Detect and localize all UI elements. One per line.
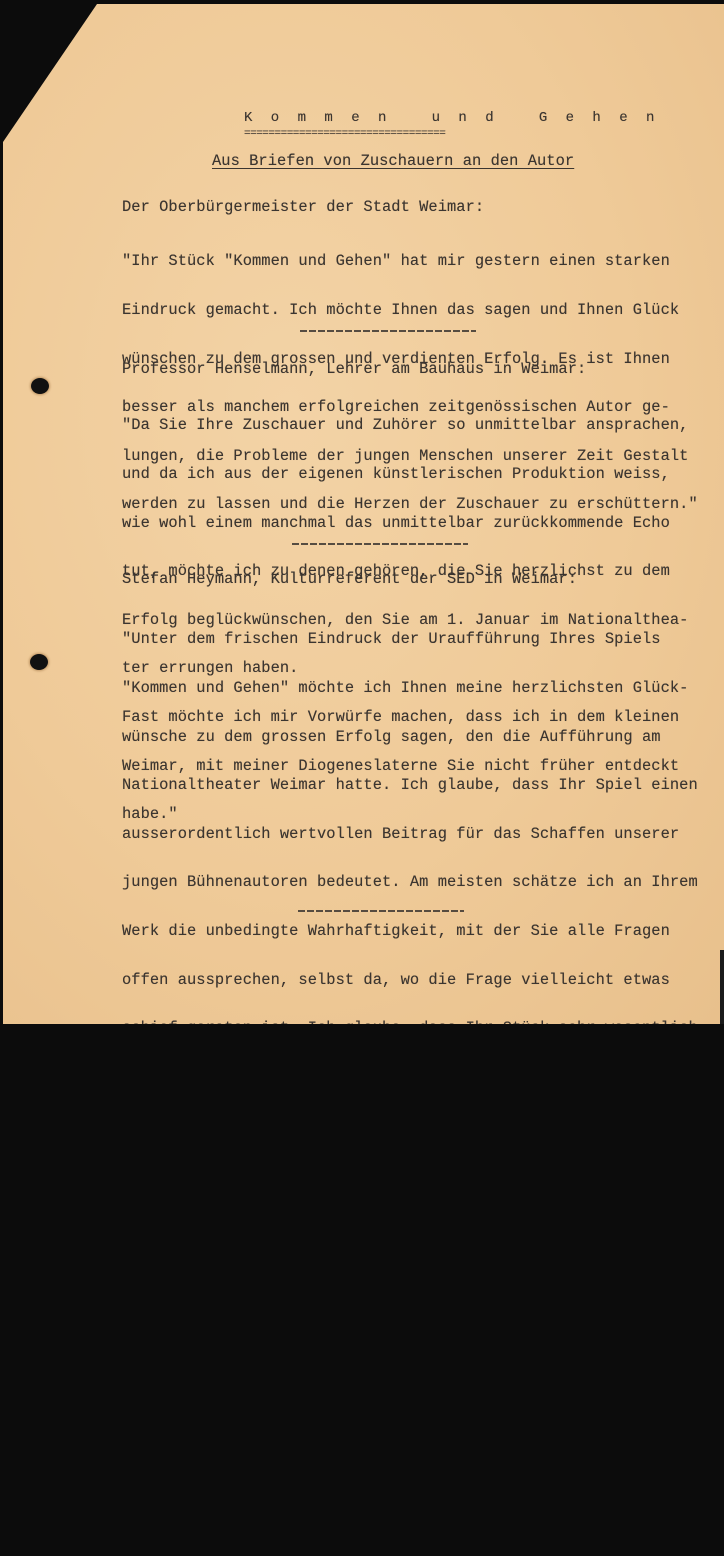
letter-line: "Ihr Stück "Kommen und Gehen" hat mir ge… <box>122 253 698 269</box>
letter-line: und da ich aus der eigenen künstlerische… <box>122 466 688 482</box>
letter-line: "Unter dem frischen Eindruck der Urauffü… <box>122 631 707 647</box>
letter-sender: Professor Henselmann, Lehrer am Bauhaus … <box>122 361 586 377</box>
letter-line: Eindruck gemacht. Ich möchte Ihnen das s… <box>122 302 698 318</box>
letter-line: jungen Bühnenautoren bedeutet. Am meiste… <box>122 874 707 890</box>
letter-body: "Unter dem frischen Eindruck der Urauffü… <box>122 599 707 1024</box>
punch-hole-top <box>31 378 49 394</box>
letter-line: Nationaltheater Weimar hatte. Ich glaube… <box>122 777 707 793</box>
document-title: K o m m e n u n d G e h e n <box>244 110 659 126</box>
letter-sender: Stefan Heymann, Kulturreferent der SED i… <box>122 571 577 587</box>
letter-line: ausserordentlich wertvollen Beitrag für … <box>122 826 707 842</box>
typewritten-page: K o m m e n u n d G e h e n ============… <box>0 0 724 1024</box>
letter-line: Werk die unbedingte Wahrhaftigkeit, mit … <box>122 923 707 939</box>
separator-rule <box>292 543 468 545</box>
title-double-rule: ================================= <box>244 126 445 142</box>
punch-hole-bottom <box>30 654 48 670</box>
separator-rule <box>298 910 464 912</box>
letter-line: schief geraten ist. Ich glaube, dass Ihr… <box>122 1020 707 1024</box>
document-subtitle: Aus Briefen von Zuschauern an den Autor <box>212 153 574 169</box>
letter-line: "Da Sie Ihre Zuschauer und Zuhörer so un… <box>122 417 688 433</box>
separator-rule <box>300 330 476 332</box>
letter-line: wünsche zu dem grossen Erfolg sagen, den… <box>122 729 707 745</box>
letter-line: wie wohl einem manchmal das unmittelbar … <box>122 515 688 531</box>
letter-line: offen aussprechen, selbst da, wo die Fra… <box>122 972 707 988</box>
letter-sender: Der Oberbürgermeister der Stadt Weimar: <box>122 199 484 215</box>
letter-line: "Kommen und Gehen" möchte ich Ihnen mein… <box>122 680 707 696</box>
